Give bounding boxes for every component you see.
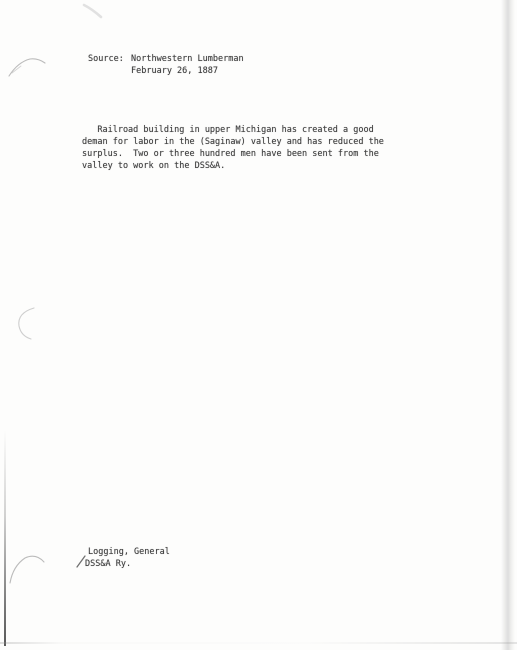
margin-pencil-curve-bottom: [10, 556, 44, 583]
footer-subject: Logging, General: [88, 546, 170, 558]
source-date: February 26, 1887: [131, 65, 218, 77]
body-line: valley to work on the DSS&A.: [82, 160, 384, 172]
margin-pencil-curve-middle: [19, 308, 34, 339]
source-publication: Northwestern Lumberman: [131, 53, 244, 65]
body-line: Railroad building in upper Michigan has …: [82, 124, 384, 136]
source-label: Source:: [88, 53, 124, 65]
margin-pencil-tick-top: [12, 66, 21, 73]
handwritten-marks-overlay: [0, 0, 517, 650]
body-line: deman for labor in the (Saginaw) valley …: [82, 136, 384, 148]
footer-railway: DSS&A Ry.: [85, 558, 131, 570]
body-paragraph: Railroad building in upper Michigan has …: [82, 124, 384, 172]
margin-pencil-curve-top: [9, 59, 45, 76]
body-line: surplus. Two or three hundred men have b…: [82, 148, 384, 160]
left-scan-edge-shadow: [4, 430, 6, 646]
bottom-scan-edge-shadow: [0, 642, 517, 644]
right-scan-edge-shadow: [501, 0, 515, 650]
pen-slash-mark: [77, 556, 85, 567]
scanned-document-page: Source: Northwestern Lumberman February …: [0, 0, 517, 650]
top-smudge-mark: [84, 5, 101, 17]
